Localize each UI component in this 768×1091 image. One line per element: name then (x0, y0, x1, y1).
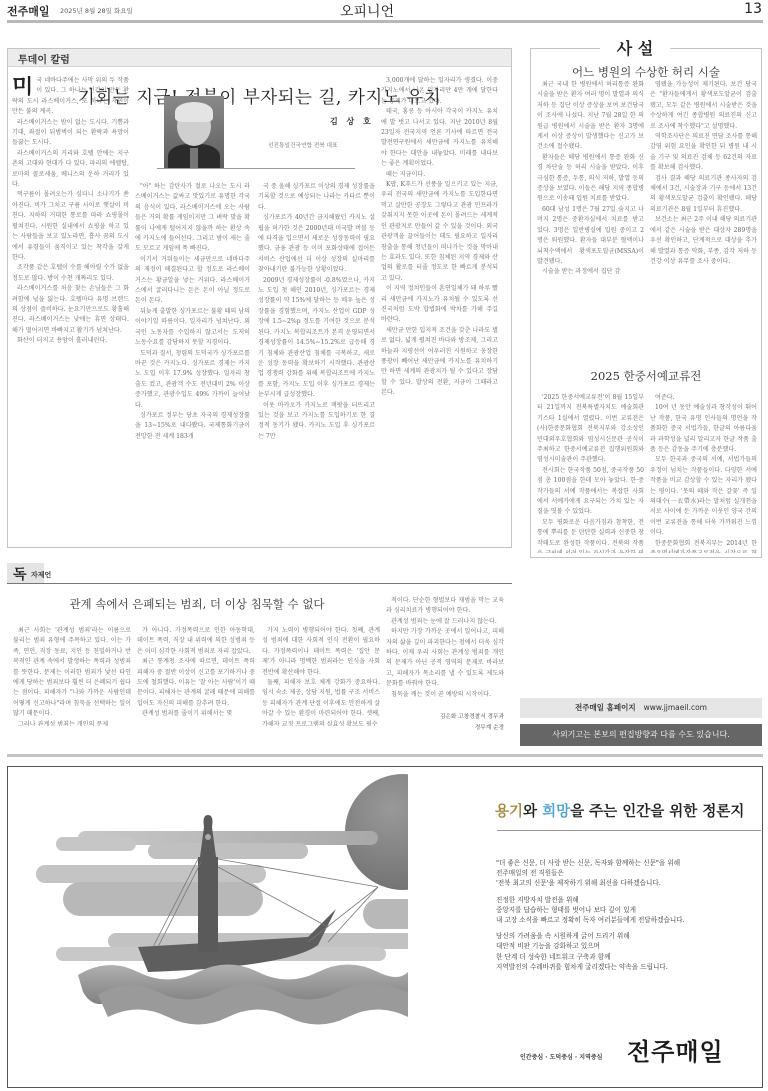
homepage-label: 전주매일 홈페이지 (575, 703, 636, 712)
editorial-title-1: 어느 병원의 수상한 허리 시술 (530, 64, 762, 80)
ad-headline-courage: 용기 (495, 804, 523, 820)
paper-name: 전주매일 (7, 3, 50, 19)
reader-column-label-big: 독 (13, 564, 27, 584)
today-column-label: 투데이 칼럼 (18, 51, 70, 66)
author-role: 선진통일건국연합 전북 대표 (268, 140, 338, 149)
homepage-url-link[interactable]: www.jjmaeil.com (644, 703, 707, 712)
ad-headline-hope: 희망 (542, 804, 570, 820)
issue-date: 2025년 8월 28일 화요일 (60, 6, 133, 15)
author-name: 김 상 호 (330, 116, 374, 127)
drop-cap: 미 (12, 76, 33, 96)
paper-logo: 전주매일 (627, 1032, 724, 1067)
section-title: 오피니언 (340, 1, 394, 21)
header-rule (7, 20, 763, 23)
author-photo (164, 96, 224, 168)
page-number: 13 (744, 1, 762, 17)
reader-column-title: 관계 속에서 은폐되는 범죄, 더 이상 침묵할 수 없다 (7, 596, 387, 612)
reader-column-col2: 가 아니다. 가정폭력으로 인한 아동학대, 데이트 폭력, 직장 내 위력에 … (137, 626, 255, 726)
editorial-heading: 사 설 (600, 36, 670, 59)
today-column-text-col1: 미 국 네바다주에는 사막 위의 두 작품이 있다. 그 하나는 인간이 만든 … (12, 76, 129, 481)
reader-column-col1: 최근 사회는 '관계성 범죄'라는 이름으로 불리는 범죄 유형에 주목하고 있… (13, 626, 131, 726)
ad-headline: 용기와 희망을 주는 인간을 위한 정론지 (495, 800, 744, 821)
reader-column-col4: 적이다. 단순한 형벌보다 재범을 막는 교육과 심리치료가 병행되어야 한다.… (386, 596, 504, 706)
author-rule (157, 168, 355, 169)
masthead: 전주매일 2025년 8월 28일 화요일 오피니언 13 (0, 0, 768, 22)
today-column-text-col2: "아" 하는 감탄사가 절로 나오는 도시 라스베이거스는 값싸고 맛있기로 유… (135, 182, 250, 482)
editorial-title-2: 2025 한중서예교류전 (530, 368, 762, 384)
today-column-text-col3: 국 중 올해 싱가포르 이상의 경제 성장률을 기록할 것으로 예상되는 나라는… (258, 182, 375, 482)
reader-column-rule (7, 583, 512, 584)
editorial-2-col1: '2025 한중서예교류전'이 8월 15일부터 21일까지 전북특별자치도 예… (537, 393, 644, 553)
ad-paragraph: 진정한 지방자치 발전을 위해 중앙지를 답습하는 형태를 벗어나 보다 깊이 … (496, 895, 761, 926)
ad-rule (497, 830, 761, 831)
disclaimer-bar: 사외기고는 본보의 편집방향과 다를 수도 있습니다. (520, 724, 762, 746)
ad-paragraph: 당신의 가려움을 속 시원하게 긁어 드리기 위해 대안적 비판 기능을 강화하… (496, 931, 761, 972)
editorial-1-col1: 최근 국내 한 병원에서 허리통증 완화 시술을 받은 환자 여러 명이 발열과… (537, 80, 644, 350)
ad-slogan: 인간중심 · 도덕중심 · 지역중심 (520, 1052, 602, 1061)
ad-body: "더 좋은 신문, 더 사랑 받는 신문, 독자와 함께하는 신문"을 위해 전… (496, 858, 761, 978)
reader-column-col3: 가지 노력이 병행되어야 한다. 첫째, 관계성 범죄에 대한 사회적 인식 전… (262, 626, 380, 726)
footer-rule (7, 754, 763, 757)
editorial-2-col2: 여준다. 10여 년 동안 예술성과 창작성이 뛰어난 작품, 한국 유명 인사… (650, 393, 757, 553)
editorial-1-col2: 염됐을 가능성이 제기된다. 보건 당국은 "환자들에게서 황색포도알균이 검출… (650, 80, 757, 350)
sailing-ship-illustration (8, 767, 408, 1087)
reader-column-signature: 김은화 고창경찰서 경무과 경무계 순경 (386, 712, 504, 734)
reader-column-label-small: 자제언 (31, 570, 51, 580)
today-column-label-bar: 투데이 칼럼 (8, 49, 511, 67)
homepage-bar[interactable]: 전주매일 홈페이지www.jjmaeil.com (520, 698, 762, 718)
ad-paragraph: "더 좋은 신문, 더 사랑 받는 신문, 독자와 함께하는 신문"을 위해 전… (496, 858, 761, 889)
today-column-text-col4: 3,000개에 달하는 일자리가 생겼다. 이중 카지노에서 나온 일자리만 4… (381, 76, 498, 481)
